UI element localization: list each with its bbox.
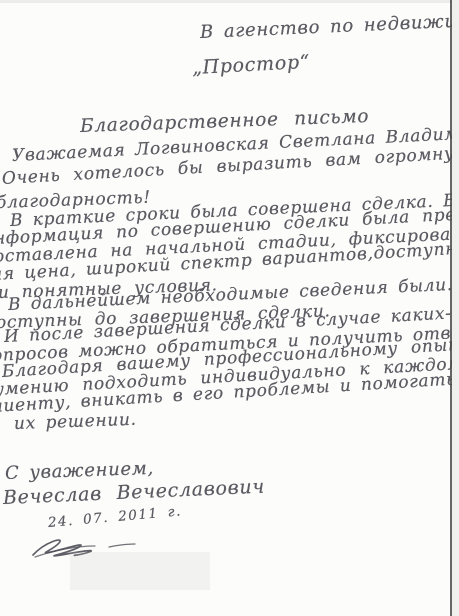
scan-shadow-artifact [70, 552, 210, 590]
body-line: их решении. [14, 410, 137, 434]
scan-edge-strip [452, 0, 459, 616]
recipient-line-1: В агенство по недвижимост [200, 8, 459, 43]
scan-top-edge [0, 0, 459, 3]
scanned-letter-page: В агенство по недвижимост „Простор“ Благ… [0, 0, 459, 616]
letter-date: 24. 07. 2011 г. [47, 503, 182, 531]
scan-edge-line [450, 0, 452, 616]
closing-salutation: С уважением, [5, 458, 155, 484]
recipient-line-2: „Простор“ [191, 51, 310, 79]
